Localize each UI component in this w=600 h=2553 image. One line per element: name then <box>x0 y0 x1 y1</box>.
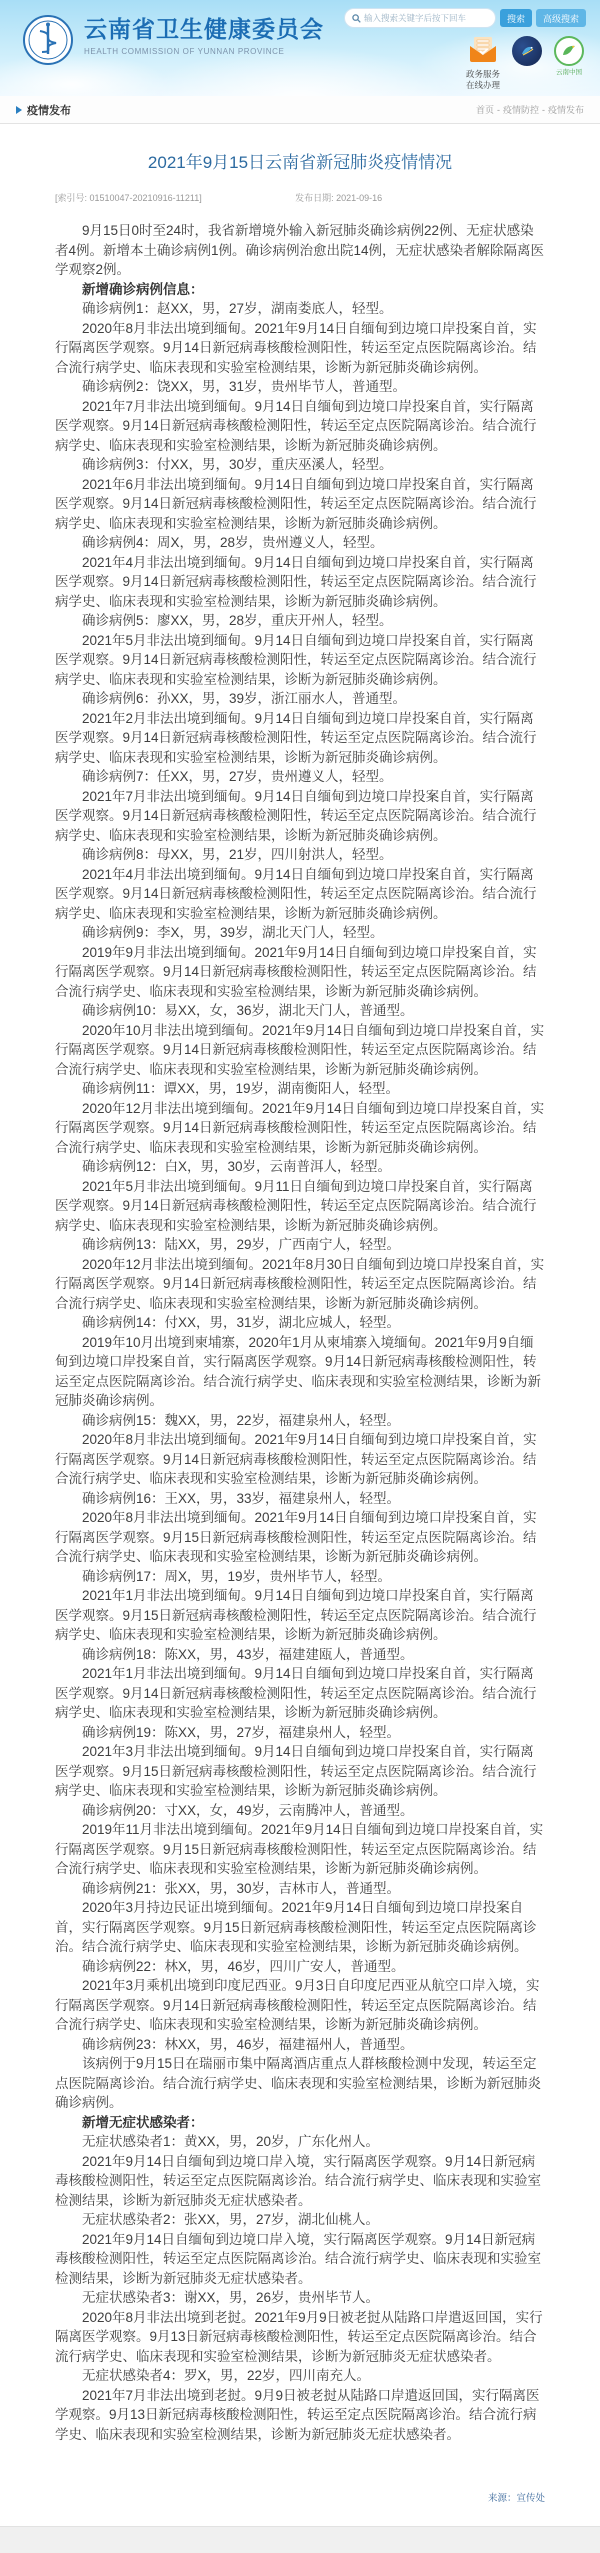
green-bird-logo-icon <box>554 36 584 66</box>
gov-service-link[interactable]: 政务服务 在线办理 <box>466 36 500 91</box>
case-title: 确诊病例6：孙XX，男，39岁，浙江丽水人，普通型。 <box>55 689 545 709</box>
asymptomatic-header: 新增无症状感染者： <box>55 2113 545 2133</box>
case-detail: 2020年3月持边民证出境到缅甸。2021年9月14日自缅甸到边境口岸投案自首，… <box>55 1898 545 1957</box>
case-title: 确诊病例18：陈XX，男，43岁，福建建瓯人，普通型。 <box>55 1645 545 1665</box>
case-detail: 2021年7月非法出境到缅甸。9月14日自缅甸到边境口岸投案自首，实行隔离医学观… <box>55 397 545 456</box>
case-title: 确诊病例16：王XX，男，33岁，福建泉州人，轻型。 <box>55 1489 545 1509</box>
green-logo-caption: 云南中国 <box>554 67 584 76</box>
case-title: 确诊病例5：廖XX，男，28岁，重庆开州人，轻型。 <box>55 611 545 631</box>
case-detail: 2021年9月14日自缅甸到边境口岸入境，实行隔离医学观察。9月14日新冠病毒核… <box>55 2230 545 2289</box>
org-name-en: HEALTH COMMISSION OF YUNNAN PROVINCE <box>84 47 324 56</box>
case-title: 确诊病例10：易XX，女，36岁，湖北天门人，普通型。 <box>55 1001 545 1021</box>
search-box[interactable] <box>344 8 496 28</box>
confirmed-cases-header: 新增确诊病例信息： <box>55 280 545 300</box>
case-detail: 2020年8月非法出境到缅甸。2021年9月14日自缅甸到边境口岸投案自首，实行… <box>55 1430 545 1489</box>
case-detail: 2019年10月出境到柬埔寨，2020年1月从柬埔寨入境缅甸。2021年9月9自… <box>55 1333 545 1411</box>
case-detail: 2019年9月非法出境到缅甸。2021年9月14日自缅甸到边境口岸投案自首，实行… <box>55 943 545 1002</box>
intro-paragraph: 9月15日0时至24时，我省新增境外输入新冠肺炎确诊病例22例、无症状感染者4例… <box>55 221 545 280</box>
case-detail: 该病例于9月15日在瑞丽市集中隔离酒店重点人群核酸检测中发现，转运至定点医院隔离… <box>55 2054 545 2113</box>
case-title: 确诊病例8：母XX，男，21岁，四川射洪人，轻型。 <box>55 845 545 865</box>
breadcrumb-link[interactable]: 首页 <box>476 105 494 115</box>
search-input[interactable] <box>364 13 488 23</box>
case-detail: 2020年8月非法出境到缅甸。2021年9月14日自缅甸到边境口岸投案自首，实行… <box>55 1508 545 1567</box>
case-title: 确诊病例14：付XX，男，31岁，湖北应城人，轻型。 <box>55 1313 545 1333</box>
org-name-cn: 云南省卫生健康委员会 <box>84 16 324 44</box>
case-title: 确诊病例7：任XX，男，27岁，贵州遵义人，轻型。 <box>55 767 545 787</box>
breadcrumb: 首页-疫情防控-疫情发布 <box>476 103 584 116</box>
case-detail: 2021年1月非法出境到缅甸。9月14日自缅甸到边境口岸投案自首，实行隔离医学观… <box>55 1586 545 1645</box>
case-detail: 2020年12月非法出境到缅甸。2021年9月14日自缅甸到边境口岸投案自首，实… <box>55 1099 545 1158</box>
case-detail: 2019年11月非法出境到缅甸。2021年9月14日自缅甸到边境口岸投案自首，实… <box>55 1820 545 1879</box>
case-title: 无症状感染者1：黄XX，男，20岁，广东化州人。 <box>55 2132 545 2152</box>
breadcrumb-link[interactable]: 疫情防控 <box>503 105 539 115</box>
case-detail: 2021年3月非法出境到缅甸。9月14日自缅甸到边境口岸投案自首，实行隔离医学观… <box>55 1742 545 1801</box>
case-title: 无症状感染者4：罗X，男，22岁，四川南充人。 <box>55 2366 545 2386</box>
case-detail: 2021年3月乘机出境到印度尼西亚。9月3日自印度尼西亚从航空口岸入境，实行隔离… <box>55 1976 545 2035</box>
breadcrumb-link[interactable]: 疫情发布 <box>548 105 584 115</box>
case-detail: 2021年9月14日自缅甸到边境口岸入境，实行隔离医学观察。9月14日新冠病毒核… <box>55 2152 545 2211</box>
case-title: 无症状感染者2：张XX，男，27岁，湖北仙桃人。 <box>55 2210 545 2230</box>
case-title: 无症状感染者3：谢XX，男，26岁，贵州毕节人。 <box>55 2288 545 2308</box>
article-meta: [索引号: 01510047-20210916-11211] 发布日期: 202… <box>55 191 545 207</box>
search-area: 搜索 高级搜索 <box>344 8 586 28</box>
breadcrumb-separator: - <box>497 105 500 115</box>
case-title: 确诊病例9：李X，男，39岁，湖北天门人，轻型。 <box>55 923 545 943</box>
quick-links: 政务服务 在线办理 <box>466 36 584 91</box>
search-button[interactable]: 搜索 <box>500 9 532 27</box>
case-title: 确诊病例11：谭XX，男，19岁，湖南衡阳人，轻型。 <box>55 1079 545 1099</box>
publish-date: 发布日期: 2021-09-16 <box>295 191 382 204</box>
green-round-logo-link[interactable]: 云南中国 <box>554 36 584 76</box>
case-title: 确诊病例2：饶XX，男，31岁，贵州毕节人，普通型。 <box>55 377 545 397</box>
case-detail: 2021年4月非法出境到缅甸。9月14日自缅甸到边境口岸投案自首，实行隔离医学观… <box>55 865 545 924</box>
brand: 云南省卫生健康委员会 HEALTH COMMISSION OF YUNNAN P… <box>22 14 324 66</box>
case-title: 确诊病例15：魏XX，男，22岁，福建泉州人，轻型。 <box>55 1411 545 1431</box>
confirmed-cases-list: 确诊病例1：赵XX，男，27岁，湖南娄底人，轻型。2020年8月非法出境到缅甸。… <box>55 299 545 2113</box>
case-title: 确诊病例23：林XX，男，46岁，福建福州人，普通型。 <box>55 2035 545 2055</box>
case-detail: 2021年4月非法出境到缅甸。9月14日自缅甸到边境口岸投案自首，实行隔离医学观… <box>55 553 545 612</box>
case-title: 确诊病例13：陆XX，男，29岁，广西南宁人，轻型。 <box>55 1235 545 1255</box>
case-detail: 2020年8月非法出境到老挝。2021年9月9日被老挝从陆路口岸遣返回国，实行隔… <box>55 2308 545 2367</box>
blue-bird-logo-icon <box>512 36 542 66</box>
case-detail: 2021年2月非法出境到缅甸。9月14日自缅甸到边境口岸投案自首，实行隔离医学观… <box>55 709 545 768</box>
triangle-bullet-icon <box>16 106 22 114</box>
case-title: 确诊病例1：赵XX，男，27岁，湖南娄底人，轻型。 <box>55 299 545 319</box>
case-detail: 2021年7月非法出境到老挝。9月9日被老挝从陆路口岸遣返回国，实行隔离医学观察… <box>55 2386 545 2445</box>
page-title: 2021年9月15日云南省新冠肺炎疫情情况 <box>55 148 545 173</box>
section-heading: 疫情发布 <box>16 102 71 118</box>
case-detail: 2021年7月非法出境到缅甸。9月14日自缅甸到边境口岸投案自首，实行隔离医学观… <box>55 787 545 846</box>
case-title: 确诊病例17：周X，男，19岁，贵州毕节人，轻型。 <box>55 1567 545 1587</box>
service-envelope-icon <box>469 36 497 62</box>
case-detail: 2020年12月非法出境到缅甸。2021年8月30日自缅甸到边境口岸投案自首，实… <box>55 1255 545 1314</box>
case-detail: 2021年5月非法出境到缅甸。9月14日自缅甸到边境口岸投案自首，实行隔离医学观… <box>55 631 545 690</box>
site-header: 云南省卫生健康委员会 HEALTH COMMISSION OF YUNNAN P… <box>0 0 600 96</box>
search-icon <box>352 14 361 23</box>
commission-emblem-icon <box>22 14 74 66</box>
index-number: [索引号: 01510047-20210916-11211] <box>55 191 202 204</box>
brand-text: 云南省卫生健康委员会 HEALTH COMMISSION OF YUNNAN P… <box>84 14 324 56</box>
case-title: 确诊病例21：张XX，男，30岁，吉林市人，普通型。 <box>55 1879 545 1899</box>
case-detail: 2020年10月非法出境到缅甸。2021年9月14日自缅甸到边境口岸投案自首，实… <box>55 1021 545 1080</box>
case-detail: 2021年6月非法出境到缅甸。9月14日自缅甸到边境口岸投案自首，实行隔离医学观… <box>55 475 545 534</box>
advanced-search-button[interactable]: 高级搜索 <box>536 9 586 27</box>
breadcrumb-separator: - <box>542 105 545 115</box>
footer-strip <box>0 2526 600 2553</box>
case-title: 确诊病例22：林X，男，46岁，四川广安人，普通型。 <box>55 1957 545 1977</box>
asymptomatic-cases-list: 无症状感染者1：黄XX，男，20岁，广东化州人。2021年9月14日自缅甸到边境… <box>55 2132 545 2444</box>
case-title: 确诊病例4：周X，男，28岁，贵州遵义人，轻型。 <box>55 533 545 553</box>
source-attribution: 来源：宣传处 <box>55 2490 545 2504</box>
case-detail: 2021年5月非法出境到缅甸。9月11日自缅甸到边境口岸投案自首，实行隔离医学观… <box>55 1177 545 1236</box>
case-title: 确诊病例20：寸XX，女，49岁，云南腾冲人，普通型。 <box>55 1801 545 1821</box>
case-title: 确诊病例19：陈XX，男，27岁，福建泉州人，轻型。 <box>55 1723 545 1743</box>
article: 2021年9月15日云南省新冠肺炎疫情情况 [索引号: 01510047-202… <box>0 148 600 2504</box>
page: 云南省卫生健康委员会 HEALTH COMMISSION OF YUNNAN P… <box>0 0 600 2553</box>
breadcrumb-bar: 疫情发布 首页-疫情防控-疫情发布 <box>0 96 600 124</box>
gov-service-caption: 政务服务 在线办理 <box>466 69 500 91</box>
case-title: 确诊病例12：白X，男，30岁，云南普洱人，轻型。 <box>55 1157 545 1177</box>
case-detail: 2020年8月非法出境到缅甸。2021年9月14日自缅甸到边境口岸投案自首，实行… <box>55 319 545 378</box>
case-title: 确诊病例3：付XX，男，30岁，重庆巫溪人，轻型。 <box>55 455 545 475</box>
case-detail: 2021年1月非法出境到缅甸。9月14日自缅甸到边境口岸投案自首，实行隔离医学观… <box>55 1664 545 1723</box>
section-label: 疫情发布 <box>27 102 71 118</box>
blue-round-logo-link[interactable] <box>512 36 542 66</box>
